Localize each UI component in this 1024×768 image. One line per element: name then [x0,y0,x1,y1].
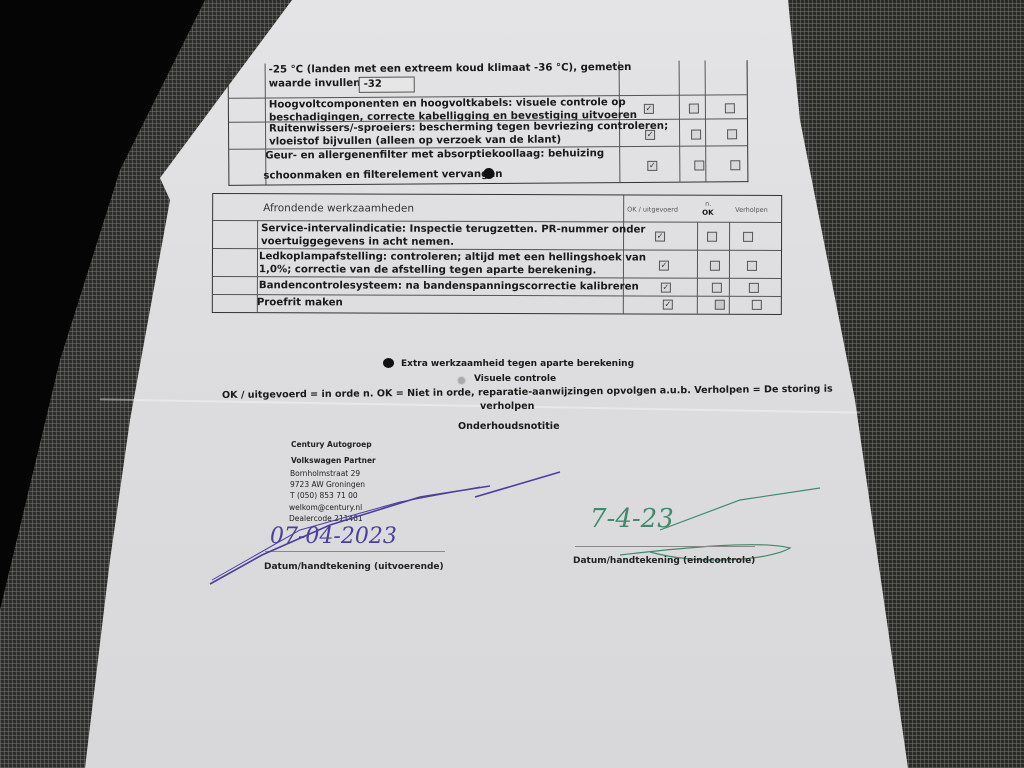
executor-label: Datum/handtekening (uitvoerende) [264,562,444,572]
signature-strokes [0,0,1024,768]
final-date: 7-4-23 [590,504,674,534]
final-label: Datum/handtekening (eindcontrole) [573,556,755,566]
signature-line [575,546,755,547]
